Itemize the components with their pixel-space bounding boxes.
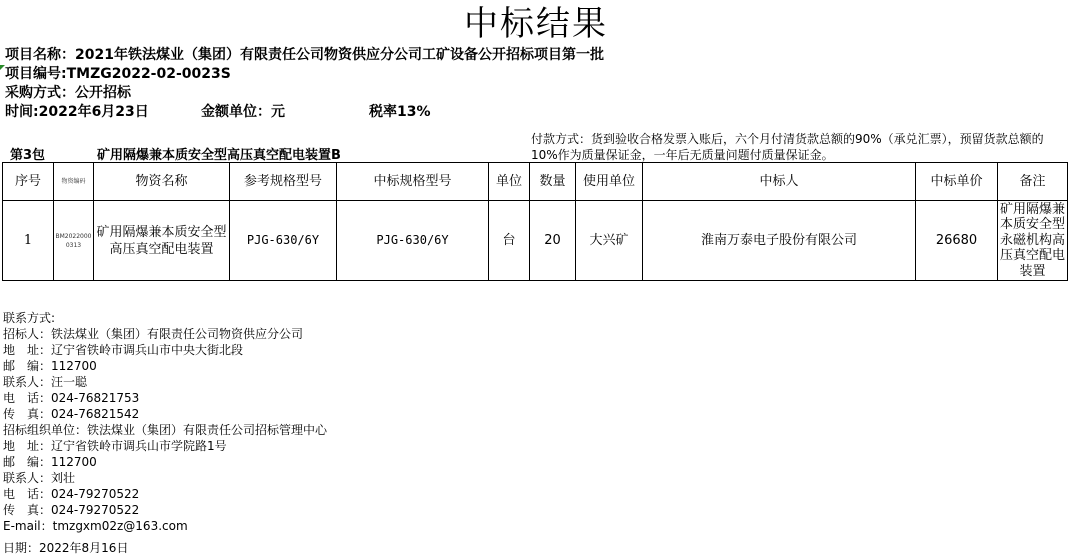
contact-section: 联系方式: 招标人：铁法煤业（集团）有限责任公司物资供应分公司 地 址：辽宁省铁… (3, 310, 327, 556)
col-header-qty: 数量 (530, 163, 576, 201)
cell-unit-price: 26680 (916, 201, 998, 281)
procurement-method: 采购方式：公开招标 (5, 84, 131, 103)
cell-name: 矿用隔爆兼本质安全型高压真空配电装置 (94, 201, 230, 281)
contact-line: 联系人：汪一聪 (3, 374, 327, 390)
package-name: 矿用隔爆兼本质安全型高压真空配电装置B (97, 148, 341, 163)
cell-code-line1: BM2022000 (54, 232, 93, 241)
page-title: 中标结果 (0, 4, 1068, 44)
table-header-row: 序号 物资编码 物资名称 参考规格型号 中标规格型号 单位 数量 使用单位 中标… (3, 163, 1068, 201)
contact-line: 传 真：024-79270522 (3, 502, 327, 518)
contact-line: 电 话：024-79270522 (3, 486, 327, 502)
amount-unit: 金额单位：元 (201, 103, 285, 122)
contact-heading: 联系方式: (3, 310, 327, 326)
cell-unit: 台 (489, 201, 530, 281)
contact-line: 电 话：024-76821753 (3, 390, 327, 406)
cell-remark: 矿用隔爆兼本质安全型永磁机构高压真空配电装置 (998, 201, 1068, 281)
contact-email: E-mail：tmzgxm02z@163.com (3, 518, 327, 534)
announce-date: 日期：2022年8月16日 (3, 540, 327, 556)
contact-line: 传 真：024-76821542 (3, 406, 327, 422)
col-header-ref-spec: 参考规格型号 (230, 163, 337, 201)
col-header-winner: 中标人 (643, 163, 916, 201)
cell-ref-spec: PJG-630/6Y (230, 201, 337, 281)
package-label: 第3包 (10, 148, 45, 163)
cell-seq: 1 (3, 201, 54, 281)
cell-code-line2: 0313 (54, 241, 93, 250)
meta-row: 时间:2022年6月23日 金额单位：元 税率13% (5, 103, 505, 122)
col-header-seq: 序号 (3, 163, 54, 201)
payment-terms: 付款方式：货到验收合格发票入账后，六个月付清货款总额的90%（承兑汇票），预留货… (531, 131, 1066, 163)
project-number: 项目编号:TMZG2022-02-0023S (5, 65, 231, 84)
tax-rate: 税率13% (369, 103, 431, 122)
table-row: 1 BM2022000 0313 矿用隔爆兼本质安全型高压真空配电装置 PJG-… (3, 201, 1068, 281)
contact-line: 地 址：辽宁省铁岭市调兵山市中央大街北段 (3, 342, 327, 358)
col-header-name: 物资名称 (94, 163, 230, 201)
contact-line: 招标组织单位：铁法煤业（集团）有限责任公司招标管理中心 (3, 422, 327, 438)
award-table: 序号 物资编码 物资名称 参考规格型号 中标规格型号 单位 数量 使用单位 中标… (2, 162, 1068, 281)
contact-line: 招标人：铁法煤业（集团）有限责任公司物资供应分公司 (3, 326, 327, 342)
cell-qty: 20 (530, 201, 576, 281)
announce-time: 时间:2022年6月23日 (5, 103, 149, 122)
contact-line: 邮 编：112700 (3, 454, 327, 470)
contact-line: 联系人：刘壮 (3, 470, 327, 486)
col-header-code: 物资编码 (54, 163, 94, 201)
cell-win-spec: PJG-630/6Y (337, 201, 489, 281)
contact-line: 邮 编：112700 (3, 358, 327, 374)
col-header-unit-price: 中标单价 (916, 163, 998, 201)
col-header-unit: 单位 (489, 163, 530, 201)
project-name: 项目名称：2021年铁法煤业（集团）有限责任公司物资供应分公司工矿设备公开招标项… (5, 46, 604, 65)
col-header-win-spec: 中标规格型号 (337, 163, 489, 201)
col-header-user-unit: 使用单位 (576, 163, 643, 201)
cell-user-unit: 大兴矿 (576, 201, 643, 281)
cell-code: BM2022000 0313 (54, 201, 94, 281)
contact-line: 地 址：辽宁省铁岭市调兵山市学院路1号 (3, 438, 327, 454)
cell-winner: 淮南万泰电子股份有限公司 (643, 201, 916, 281)
col-header-remark: 备注 (998, 163, 1068, 201)
